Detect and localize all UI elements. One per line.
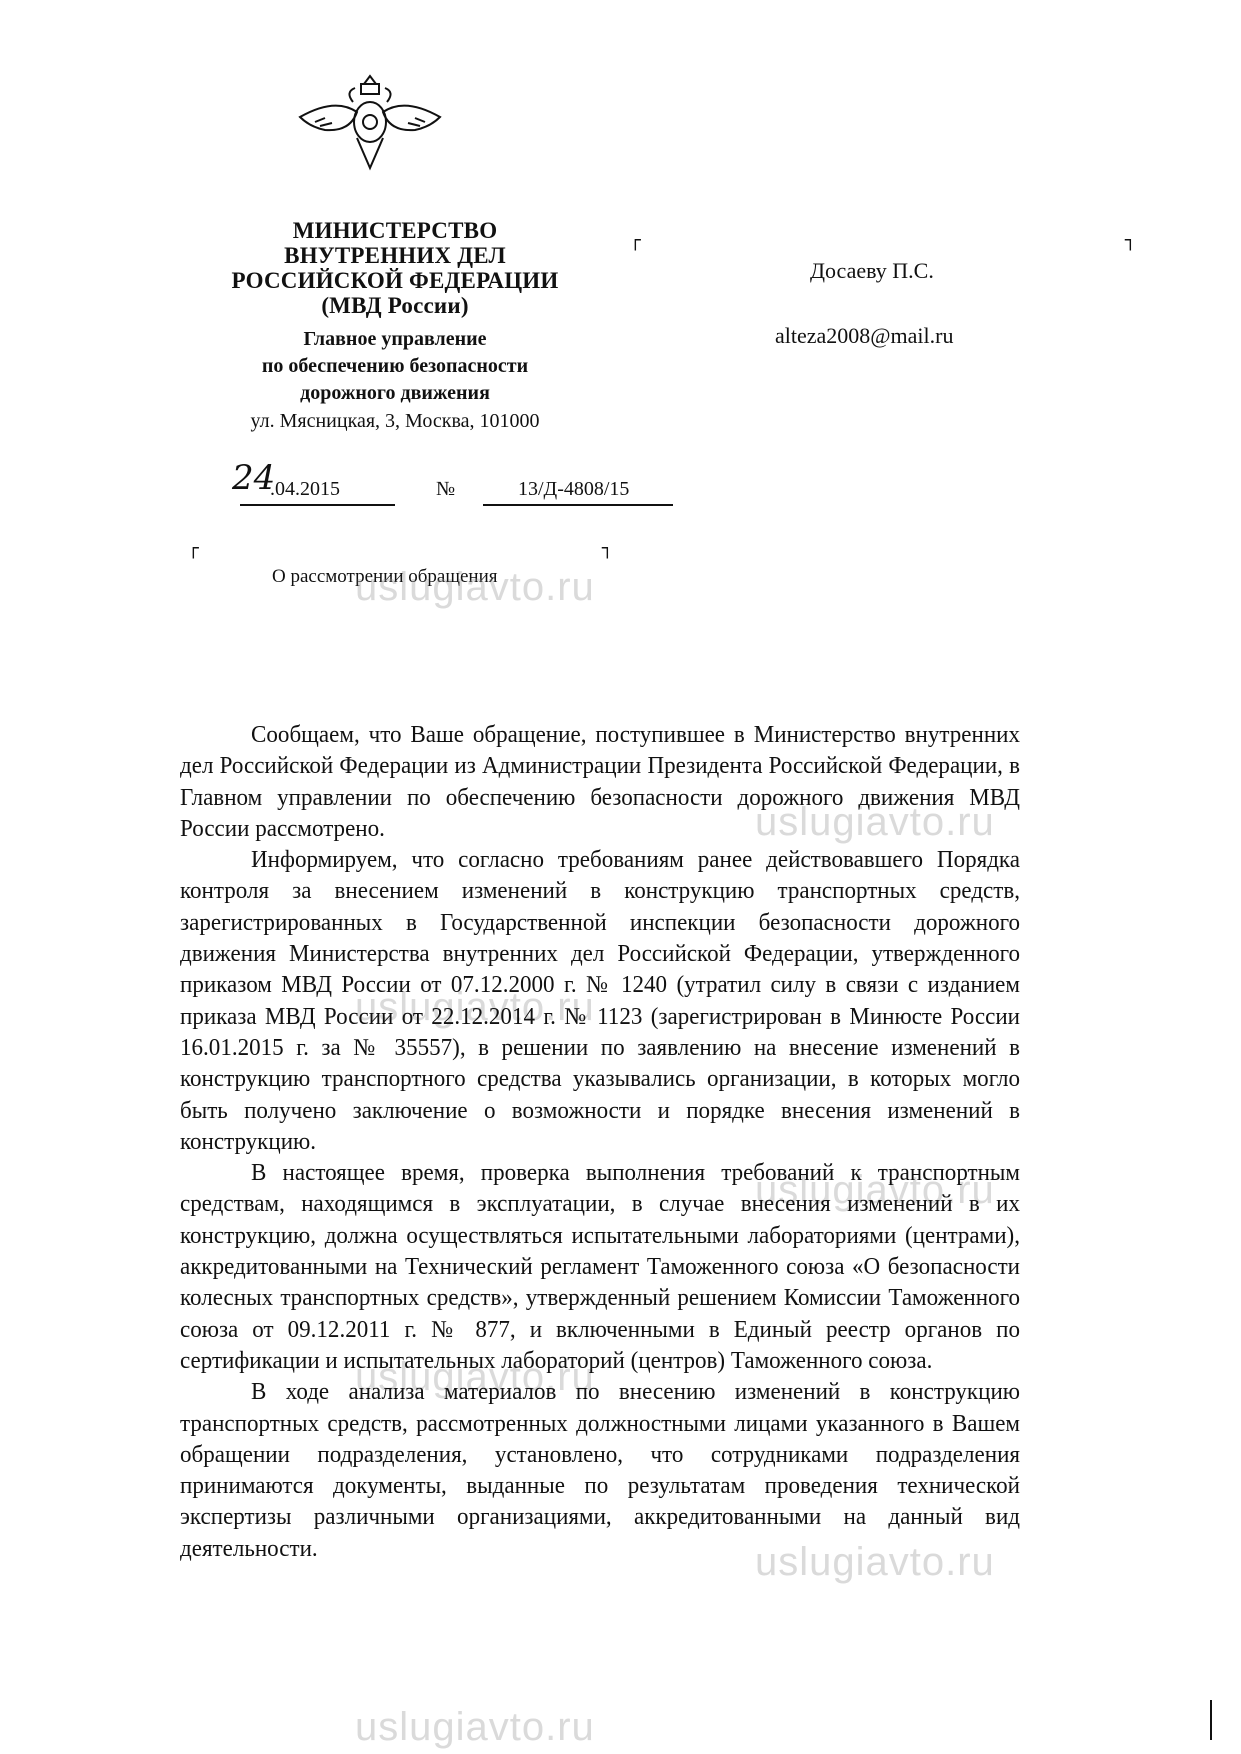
- handwritten-day: 24: [232, 458, 275, 498]
- document-number-field: 13/Д-4808/15: [483, 470, 673, 506]
- paragraph: В ходе анализа материалов по внесению из…: [180, 1377, 1020, 1565]
- corner-mark-top-left-icon: ┌: [188, 540, 199, 558]
- watermark: uslugiavto.ru: [355, 1705, 595, 1750]
- mvd-emblem-icon: [295, 72, 445, 172]
- recipient-name: Досаеву П.С.: [810, 258, 934, 284]
- ministry-line: МИНИСТЕРСТВО: [205, 218, 585, 243]
- document-number: 13/Д-4808/15: [518, 478, 629, 501]
- recipient-email: alteza2008@mail.ru: [775, 323, 953, 349]
- letter-body: Сообщаем, что Ваше обращение, поступивше…: [180, 720, 1020, 1565]
- subject-line: О рассмотрении обращения: [272, 566, 498, 588]
- corner-mark-top-left-icon: ┌: [630, 232, 641, 250]
- address: ул. Мясницкая, 3, Москва, 101000: [205, 407, 585, 435]
- corner-mark-top-right-icon: ┐: [602, 540, 613, 558]
- paragraph: Информируем, что согласно требованиям ра…: [180, 845, 1020, 1158]
- letterhead: МИНИСТЕРСТВО ВНУТРЕННИХ ДЕЛ РОССИЙСКОЙ Ф…: [205, 218, 585, 435]
- paragraph: Сообщаем, что Ваше обращение, поступивше…: [180, 720, 1020, 845]
- page-edge-mark: [1210, 1700, 1212, 1740]
- department-line: Главное управление: [205, 326, 585, 353]
- ministry-line: ВНУТРЕННИХ ДЕЛ: [205, 243, 585, 268]
- number-sign: №: [436, 478, 455, 501]
- department-line: по обеспечению безопасности: [205, 353, 585, 380]
- ministry-line: РОССИЙСКОЙ ФЕДЕРАЦИИ: [205, 268, 585, 293]
- corner-mark-top-right-icon: ┐: [1125, 232, 1136, 250]
- date-field: 24 .04.2015: [240, 470, 395, 506]
- date-printed: .04.2015: [270, 478, 340, 501]
- ministry-line: (МВД России): [205, 293, 585, 318]
- department-line: дорожного движения: [205, 380, 585, 407]
- paragraph: В настоящее время, проверка выполнения т…: [180, 1158, 1020, 1377]
